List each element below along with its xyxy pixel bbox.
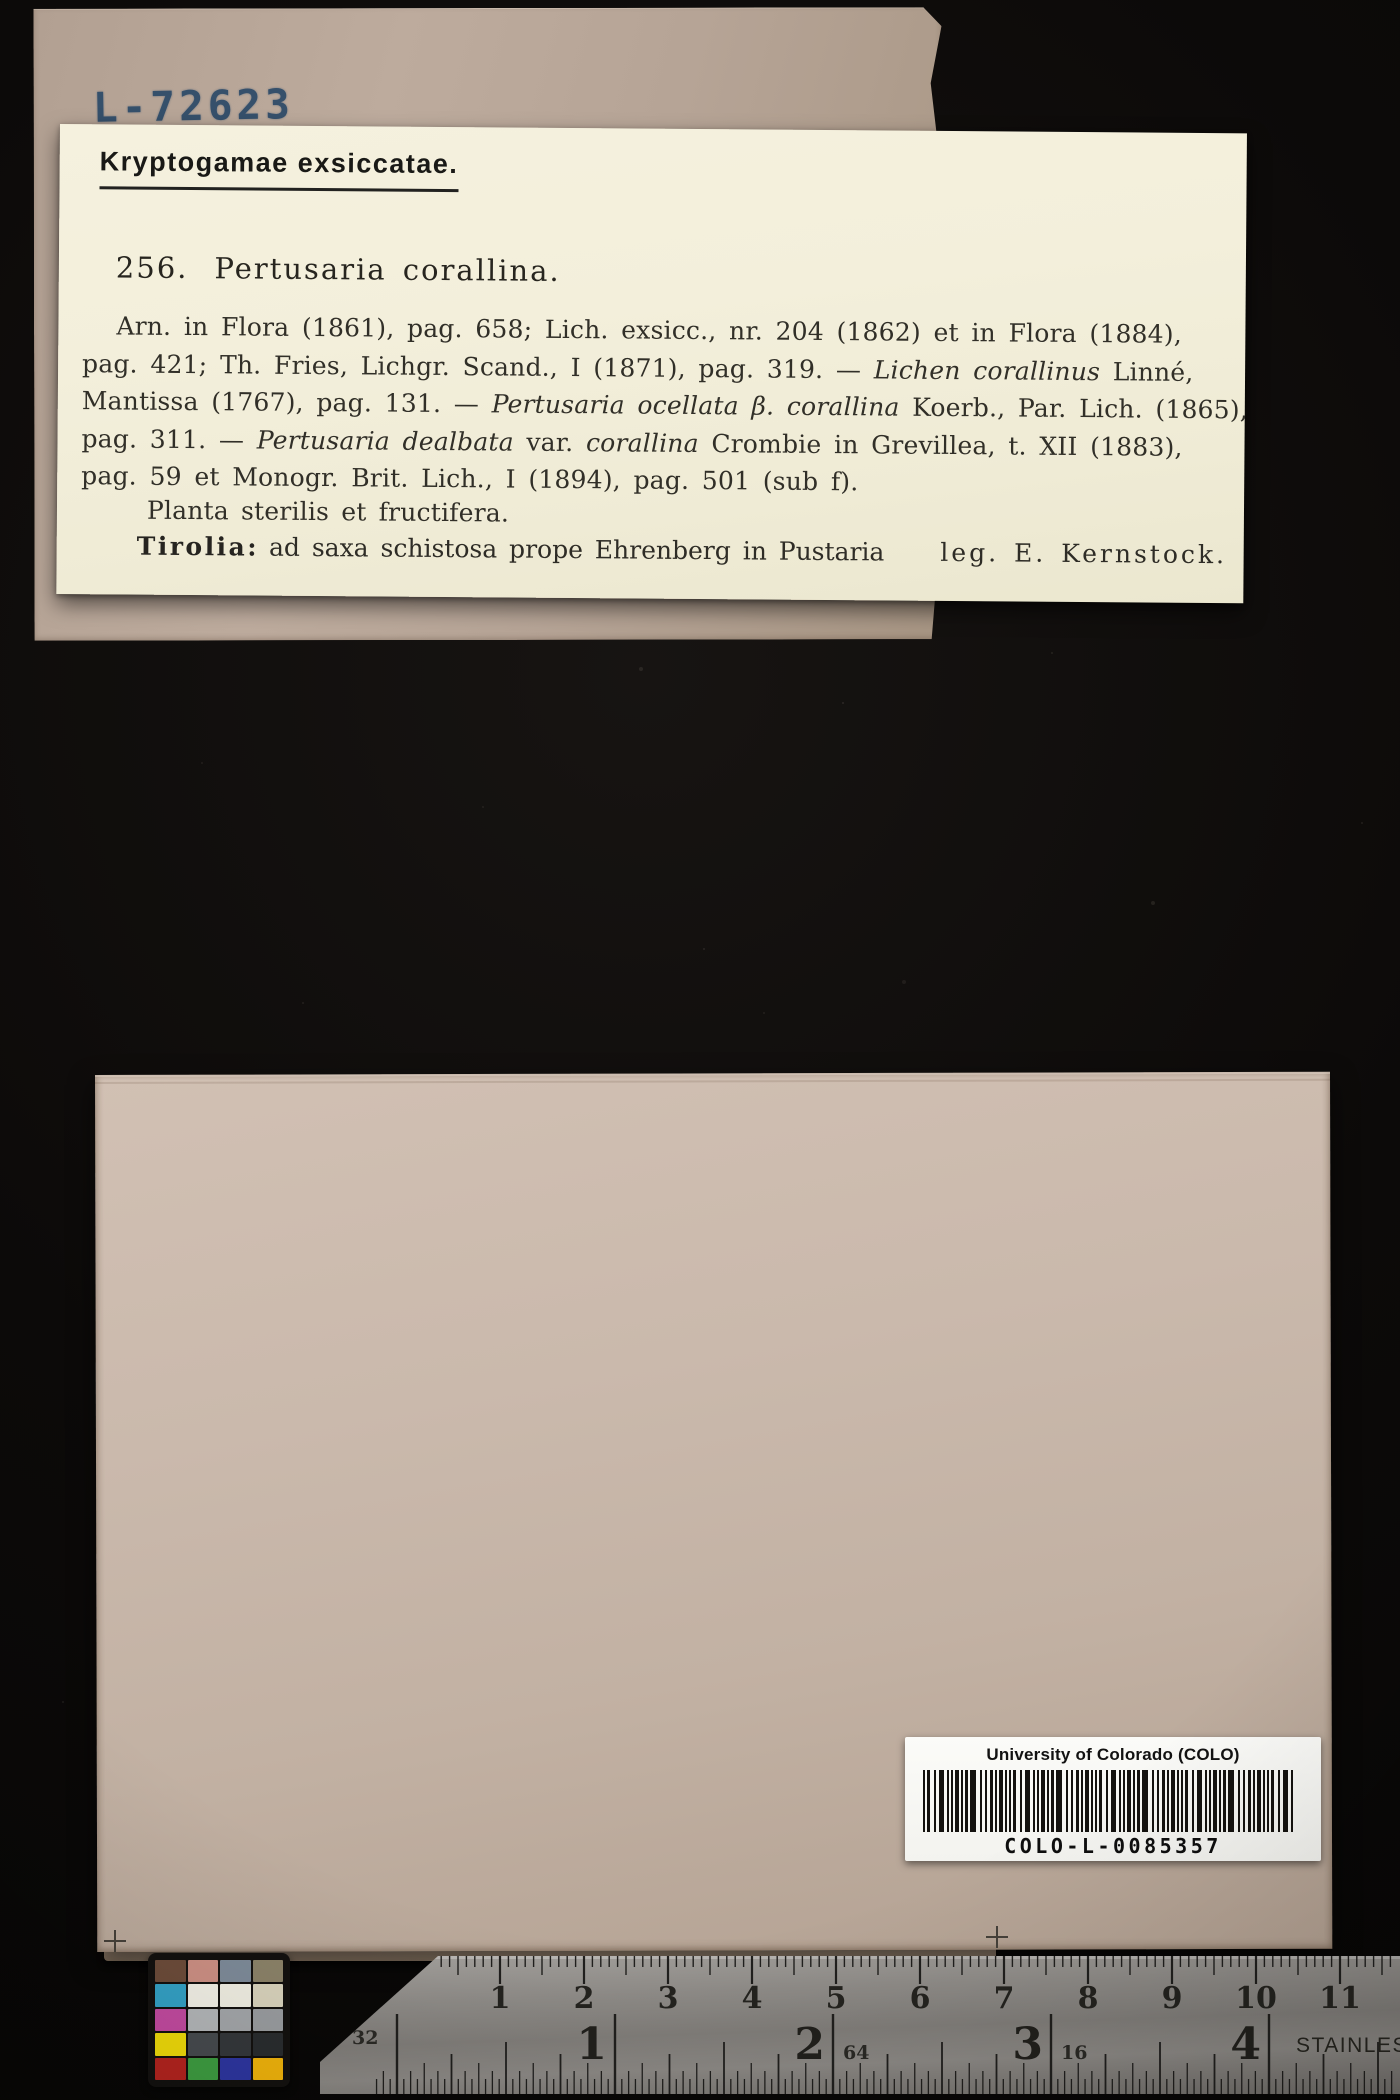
svg-text:3: 3 xyxy=(1012,2019,1043,2070)
locality-line: Tirolia:ad saxa schistosa prope Ehrenber… xyxy=(137,532,1228,570)
exsiccata-series-title: Kryptogamae exsiccatae. xyxy=(99,146,458,192)
svg-text:32: 32 xyxy=(352,2027,378,2049)
dust-specks xyxy=(0,0,2,2)
color-patch xyxy=(220,1984,251,2006)
citation-block: Arn. in Flora (1861), pag. 658; Lich. ex… xyxy=(81,307,1218,503)
steel-ruler: 12345678910111234326416STAINLESS S xyxy=(320,1956,1400,2094)
registration-mark-right xyxy=(986,1926,1008,1948)
color-patch xyxy=(155,2009,186,2031)
svg-text:6: 6 xyxy=(910,1981,931,2016)
note-line: Planta sterilis et fructifera. xyxy=(147,496,509,528)
color-patch xyxy=(253,1960,284,1982)
locality-region: Tirolia: xyxy=(137,532,260,562)
svg-text:8: 8 xyxy=(1078,1981,1099,2016)
color-calibration-target xyxy=(148,1953,290,2087)
color-patch xyxy=(188,2009,219,2031)
species-name: Pertusaria corallina. xyxy=(214,251,561,288)
svg-text:16: 16 xyxy=(1061,2042,1087,2064)
specimen-label: Kryptogamae exsiccatae. 256.Pertusaria c… xyxy=(56,124,1247,603)
svg-text:2: 2 xyxy=(794,2019,825,2070)
svg-text:1: 1 xyxy=(490,1981,511,2016)
color-patch xyxy=(155,1960,186,1982)
color-patch xyxy=(253,2009,284,2031)
svg-text:11: 11 xyxy=(1319,1981,1361,2016)
registration-mark-left xyxy=(104,1930,126,1952)
svg-text:10: 10 xyxy=(1235,1981,1277,2016)
svg-text:7: 7 xyxy=(994,1981,1015,2016)
color-patch xyxy=(220,2058,251,2080)
species-heading: 256.Pertusaria corallina. xyxy=(116,250,561,287)
color-patch xyxy=(253,2058,284,2080)
ruler-scale-svg: 12345678910111234326416STAINLESS S xyxy=(320,1956,1400,2094)
barcode-number: COLO-L-0085357 xyxy=(905,1834,1321,1858)
svg-text:64: 64 xyxy=(843,2042,869,2064)
color-patch xyxy=(220,1960,251,1982)
color-patch xyxy=(155,2058,186,2080)
color-patch xyxy=(188,1984,219,2006)
svg-text:3: 3 xyxy=(658,1981,679,2016)
color-patch xyxy=(155,2033,186,2055)
color-patch xyxy=(155,1984,186,2006)
color-patch xyxy=(253,1984,284,2006)
color-patch xyxy=(188,2058,219,2080)
locality-text: ad saxa schistosa prope Ehrenberg in Pus… xyxy=(269,533,885,567)
color-patch xyxy=(220,2033,251,2055)
barcode xyxy=(923,1770,1303,1832)
svg-text:4: 4 xyxy=(742,1981,763,2016)
svg-text:5: 5 xyxy=(826,1981,847,2016)
svg-text:2: 2 xyxy=(574,1981,595,2016)
color-patch xyxy=(253,2033,284,2055)
collector-text: leg. E. Kernstock. xyxy=(940,538,1227,569)
svg-text:STAINLESS S: STAINLESS S xyxy=(1296,2034,1400,2057)
herbarium-specimen-photo: L-72623 Kryptogamae exsiccatae. 256.Pert… xyxy=(0,0,1400,2100)
color-patch xyxy=(220,2009,251,2031)
svg-text:4: 4 xyxy=(1230,2019,1261,2070)
svg-text:9: 9 xyxy=(1162,1981,1183,2016)
svg-text:1: 1 xyxy=(576,2019,607,2070)
specimen-number: 256. xyxy=(116,250,189,285)
barcode-label: University of Colorado (COLO) COLO-L-008… xyxy=(905,1737,1321,1861)
color-patch xyxy=(188,1960,219,1982)
color-patch xyxy=(188,2033,219,2055)
institution-name: University of Colorado (COLO) xyxy=(905,1745,1321,1765)
